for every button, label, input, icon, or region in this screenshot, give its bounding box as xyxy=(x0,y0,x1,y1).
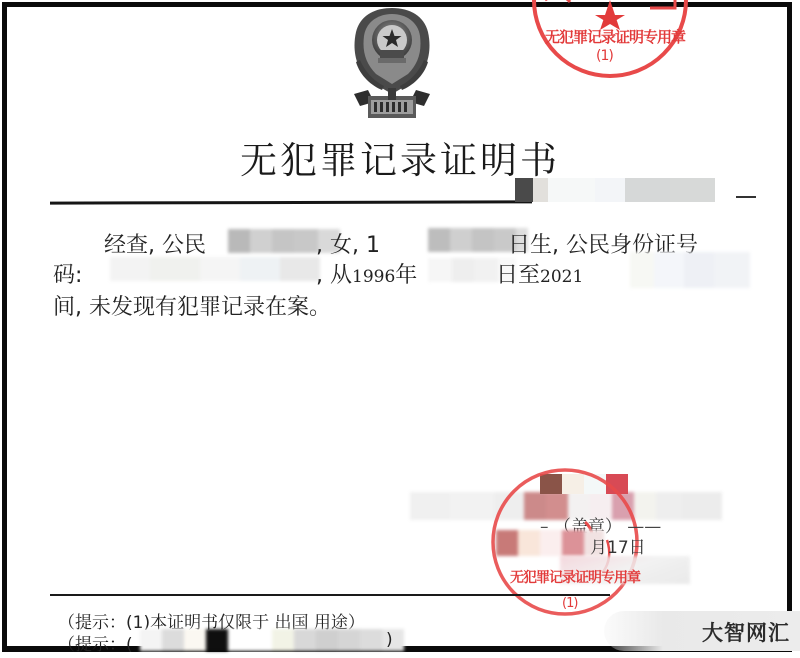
seal-bottom-number: (1) xyxy=(562,596,577,611)
body-intro-text: 经查, 公民 xyxy=(104,233,206,258)
to-label: 日至 xyxy=(496,263,540,288)
footer-divider xyxy=(50,594,610,596)
id-label: 码: xyxy=(53,258,82,289)
gender-text: , 女, 1 xyxy=(316,228,380,259)
note-2-text: （提示：( xyxy=(58,635,133,655)
body-line-1: 经查, 公民 xyxy=(104,228,206,259)
page-title: 无犯罪记录证明书 xyxy=(0,130,800,184)
note-2-close-text: ) xyxy=(386,630,393,650)
note-2: （提示：( xyxy=(58,630,133,655)
redacted-note-2 xyxy=(140,629,404,651)
conclusion-text: 间, 未发现有犯罪记录在案。 xyxy=(53,295,331,320)
issue-date-text: 月17日 xyxy=(590,538,646,558)
body-line-3: 间, 未发现有犯罪记录在案。 xyxy=(53,290,331,321)
note-2-close: ) xyxy=(386,630,393,650)
seal-top-number: (1) xyxy=(596,48,613,64)
gender-label: , 女, 1 xyxy=(316,233,380,258)
id-label-text: 码: xyxy=(53,263,82,288)
redacted-issue-date xyxy=(496,530,604,556)
from-label: , 从 xyxy=(316,263,352,288)
seal-top-text: 无犯罪记录证明专用章 xyxy=(545,26,685,47)
police-emblem-icon xyxy=(338,2,446,128)
redacted-id-number xyxy=(110,257,320,281)
year-char: 年 xyxy=(395,263,417,288)
header-divider-end xyxy=(736,196,756,198)
period-to: 日至2021 xyxy=(496,258,583,289)
redacted-header-info xyxy=(515,178,715,202)
seal-bottom-text: 无犯罪记录证明专用章 xyxy=(510,567,640,587)
redacted-to-date xyxy=(630,252,750,288)
from-year: 1996 xyxy=(352,267,395,287)
watermark-text: 大智网汇 xyxy=(702,617,790,647)
period-from: , 从1996年 xyxy=(316,258,417,289)
watermark-badge: 大智网汇 xyxy=(604,611,800,651)
to-year: 2021 xyxy=(540,267,583,287)
issue-date-tail: 月17日 xyxy=(590,533,646,558)
